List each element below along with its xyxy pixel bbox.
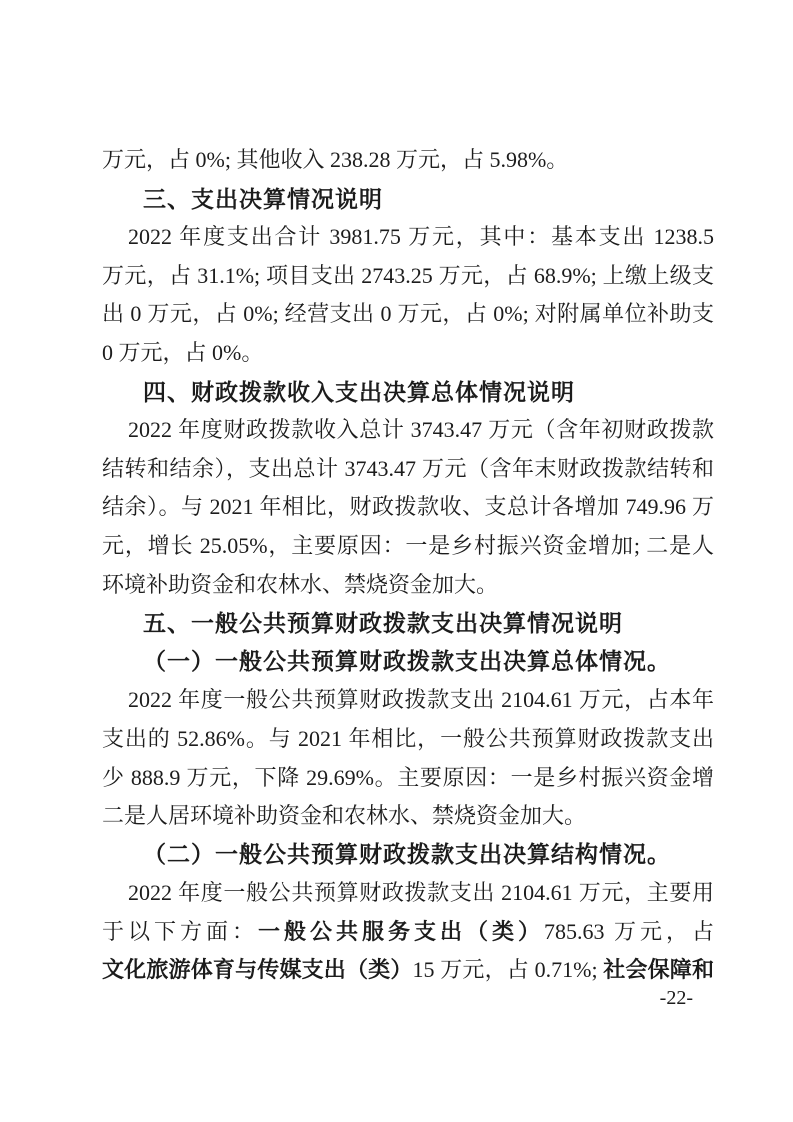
paragraph-expenditure-total-line-2: 万元，占 31.1%; 项目支出 2743.25 万元，占 68.9%; 上缴上… <box>102 257 714 296</box>
run-normal-culture-amount: 15 万元，占 0.71%; <box>413 957 604 982</box>
paragraph-budget-structure-line-1: 2022 年度一般公共预算财政拨款支出 2104.61 万元，主要用 <box>102 874 714 913</box>
subheading-general-budget-structure: （二）一般公共预算财政拨款支出决算结构情况。 <box>102 836 714 875</box>
paragraph-budget-structure-line-2: 于以下方面：一般公共服务支出（类）785.63 万元，占 37.32%;； <box>102 913 714 952</box>
paragraph-fiscal-total-line-1: 2022 年度财政拨款收入总计 3743.47 万元（含年初财政拨款 <box>102 411 714 450</box>
paragraph-fiscal-total-line-2: 结转和结余），支出总计 3743.47 万元（含年末财政拨款结转和 <box>102 450 714 489</box>
paragraph-general-budget-line-3: 少 888.9 万元，下降 29.69%。主要原因：一是乡村振兴资金增加; <box>102 759 714 798</box>
run-bold-general-public-service: 一般公共服务支出（类） <box>258 919 544 944</box>
paragraph-general-budget-line-4: 二是人居环境补助资金和农林水、禁烧资金加大。 <box>102 797 714 836</box>
paragraph-fiscal-total-line-3: 结余）。与 2021 年相比，财政拨款收、支总计各增加 749.96 万 <box>102 488 714 527</box>
paragraph-expenditure-total-line-4: 0 万元，占 0%。 <box>102 334 714 373</box>
page-number: -22- <box>660 986 693 1010</box>
paragraph-expenditure-total-line-1: 2022 年度支出合计 3981.75 万元，其中：基本支出 1238.5 <box>102 218 714 257</box>
heading-section-three-expenditure: 三、支出决算情况说明 <box>102 180 714 219</box>
run-bold-social-security: 社会保障和 <box>603 957 714 982</box>
paragraph-other-income-continuation: 万元，占 0%; 其他收入 238.28 万元，占 5.98%。 <box>102 141 714 180</box>
heading-section-four-fiscal-appropriation: 四、财政拨款收入支出决算总体情况说明 <box>102 373 714 412</box>
subheading-general-budget-overall: （一）一般公共预算财政拨款支出决算总体情况。 <box>102 643 714 682</box>
paragraph-budget-structure-line-3: 文化旅游体育与传媒支出（类）15 万元，占 0.71%; 社会保障和 <box>102 951 714 990</box>
paragraph-fiscal-total-line-5: 环境补助资金和农林水、禁烧资金加大。 <box>102 566 714 605</box>
run-normal-aspect-intro: 于以下方面： <box>102 919 258 944</box>
paragraph-expenditure-total-line-3: 出 0 万元，占 0%; 经营支出 0 万元，占 0%; 对附属单位补助支出 <box>102 295 714 334</box>
text-block: 万元，占 0%; 其他收入 238.28 万元，占 5.98%。 三、支出决算情… <box>102 141 714 990</box>
paragraph-general-budget-line-1: 2022 年度一般公共预算财政拨款支出 2104.61 万元，占本年 <box>102 681 714 720</box>
run-bold-culture-tourism-sports-media: 文化旅游体育与传媒支出（类） <box>102 957 413 982</box>
document-page: 万元，占 0%; 其他收入 238.28 万元，占 5.98%。 三、支出决算情… <box>0 0 793 1122</box>
paragraph-fiscal-total-line-4: 元，增长 25.05%，主要原因：一是乡村振兴资金增加; 二是人居 <box>102 527 714 566</box>
paragraph-general-budget-line-2: 支出的 52.86%。与 2021 年相比，一般公共预算财政拨款支出减 <box>102 720 714 759</box>
heading-section-five-general-budget: 五、一般公共预算财政拨款支出决算情况说明 <box>102 604 714 643</box>
